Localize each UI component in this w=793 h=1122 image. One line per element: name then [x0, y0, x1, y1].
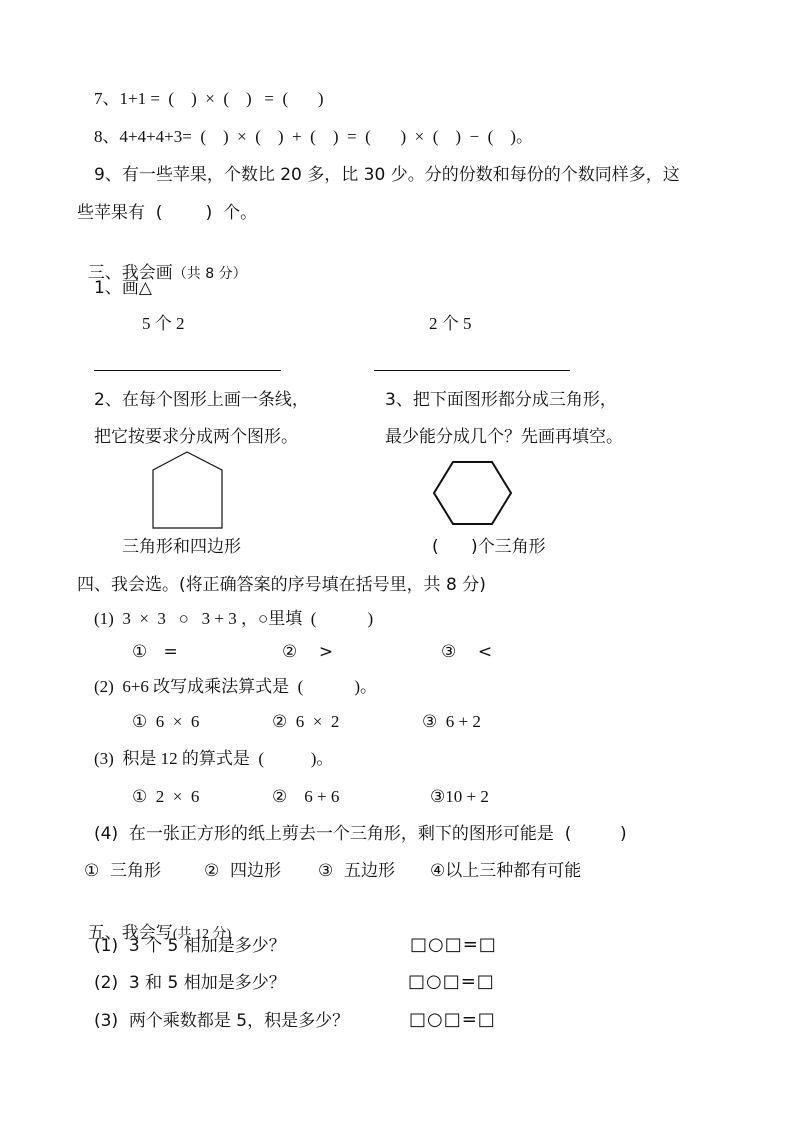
section-4-title: 四、我会选。(将正确答案的序号填在括号里，共 8 分) — [77, 574, 486, 596]
choice-q3-option-1[interactable]: ① 2 × 6 — [132, 786, 199, 808]
choice-q4-option-3[interactable]: ③ 五边形 — [318, 860, 395, 882]
choice-q4-option-2[interactable]: ② 四边形 — [204, 860, 281, 882]
choice-q2-option-1[interactable]: ① 6 × 6 — [132, 711, 199, 733]
choice-question-3-stem: (3) 积是 12 的算式是 ( )。 — [94, 748, 333, 770]
write-question-1-stem: (1) 3 个 5 相加是多少？ — [94, 935, 286, 957]
choice-q1-option-2[interactable]: ② > — [282, 641, 333, 663]
write-q1-answer-template[interactable]: □○□=□ — [410, 934, 497, 956]
choice-q1-option-3[interactable]: ③ < — [441, 641, 492, 663]
choice-q2-option-2[interactable]: ② 6 × 2 — [272, 711, 339, 733]
choice-question-4-stem: (4) 在一张正方形的纸上剪去一个三角形，剩下的图形可能是 ( ) — [94, 823, 627, 845]
write-question-2-stem: (2) 3 和 5 相加是多少？ — [94, 972, 286, 994]
choice-q4-option-4[interactable]: ④以上三种都有可能 — [430, 860, 581, 882]
choice-q3-option-2[interactable]: ② 6 + 6 — [272, 786, 339, 808]
pentagon-caption: 三角形和四边形 — [122, 536, 241, 558]
choice-q1-option-1[interactable]: ① = — [132, 641, 178, 663]
write-question-3-stem: (3) 两个乘数都是 5，积是多少？ — [94, 1010, 349, 1032]
choice-q3-option-3[interactable]: ③10 + 2 — [430, 786, 489, 808]
choice-question-1-stem: (1) 3 × 3 ○ 3 + 3 ，○里填 ( ) — [94, 608, 373, 630]
write-q2-answer-template[interactable]: □○□=□ — [408, 971, 495, 993]
choice-question-2-stem: (2) 6+6 改写成乘法算式是 ( )。 — [94, 676, 377, 698]
choice-q2-option-3[interactable]: ③ 6 + 2 — [422, 711, 481, 733]
hexagon-caption: ( )个三角形 — [432, 536, 546, 558]
write-q3-answer-template[interactable]: □○□=□ — [409, 1009, 496, 1031]
choice-q4-option-1[interactable]: ① 三角形 — [84, 860, 161, 882]
